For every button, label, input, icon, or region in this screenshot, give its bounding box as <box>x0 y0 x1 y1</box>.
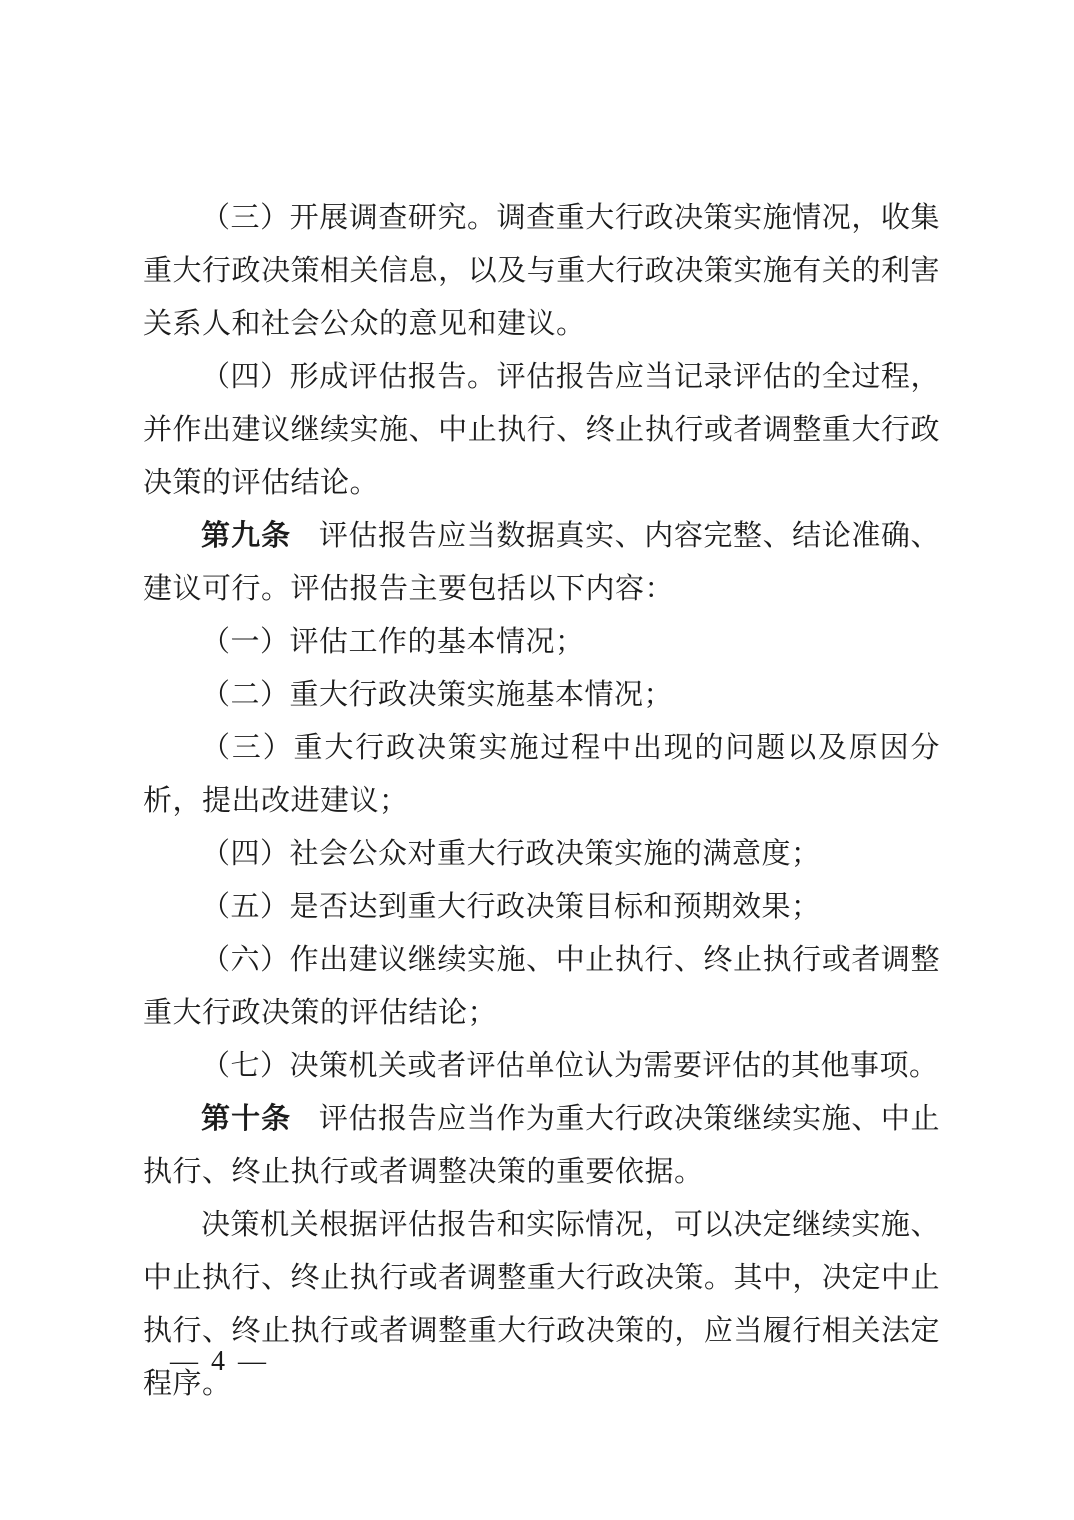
document-body: （三）开展调查研究。调查重大行政决策实施情况，收集重大行政决策相关信息，以及与重… <box>143 192 940 1411</box>
paragraph-text: （四）形成评估报告。评估报告应当记录评估的全过程，并作出建议继续实施、中止执行、… <box>143 361 940 499</box>
paragraph-text: （三）重大行政决策实施过程中出现的问题以及原因分析，提出改进建议； <box>143 732 940 817</box>
paragraph-text: （七）决策机关或者评估单位认为需要评估的其他事项。 <box>201 1050 939 1082</box>
paragraph-list-item: （二）重大行政决策实施基本情况； <box>143 669 940 722</box>
paragraph-list-item: （三）重大行政决策实施过程中出现的问题以及原因分析，提出改进建议； <box>143 722 940 828</box>
article-number: 第九条 <box>201 520 291 552</box>
paragraph-text: （二）重大行政决策实施基本情况； <box>201 679 673 711</box>
paragraph-list-item: （五）是否达到重大行政决策目标和预期效果； <box>143 881 940 934</box>
page-number-footer: — 4 — <box>170 1346 269 1378</box>
paragraph-list-item: （一）评估工作的基本情况； <box>143 616 940 669</box>
paragraph-text: （一）评估工作的基本情况； <box>201 626 585 658</box>
paragraph-list-item: （七）决策机关或者评估单位认为需要评估的其他事项。 <box>143 1040 940 1093</box>
paragraph-text: （三）开展调查研究。调查重大行政决策实施情况，收集重大行政决策相关信息，以及与重… <box>143 202 940 340</box>
paragraph-text: （六）作出建议继续实施、中止执行、终止执行或者调整重大行政决策的评估结论； <box>143 944 940 1029</box>
paragraph-text: （四）社会公众对重大行政决策实施的满意度； <box>201 838 821 870</box>
document-page: （三）开展调查研究。调查重大行政决策实施情况，收集重大行政决策相关信息，以及与重… <box>0 0 1074 1520</box>
paragraph-text: （五）是否达到重大行政决策目标和预期效果； <box>201 891 821 923</box>
article-number: 第十条 <box>201 1103 291 1135</box>
paragraph: （四）形成评估报告。评估报告应当记录评估的全过程，并作出建议继续实施、中止执行、… <box>143 351 940 510</box>
paragraph-article-10: 第十条评估报告应当作为重大行政决策继续实施、中止执行、终止执行或者调整决策的重要… <box>143 1093 940 1199</box>
paragraph-list-item: （六）作出建议继续实施、中止执行、终止执行或者调整重大行政决策的评估结论； <box>143 934 940 1040</box>
paragraph-list-item: （四）社会公众对重大行政决策实施的满意度； <box>143 828 940 881</box>
paragraph: 决策机关根据评估报告和实际情况，可以决定继续实施、中止执行、终止执行或者调整重大… <box>143 1199 940 1411</box>
paragraph: （三）开展调查研究。调查重大行政决策实施情况，收集重大行政决策相关信息，以及与重… <box>143 192 940 351</box>
paragraph-article-9: 第九条评估报告应当数据真实、内容完整、结论准确、建议可行。评估报告主要包括以下内… <box>143 510 940 616</box>
